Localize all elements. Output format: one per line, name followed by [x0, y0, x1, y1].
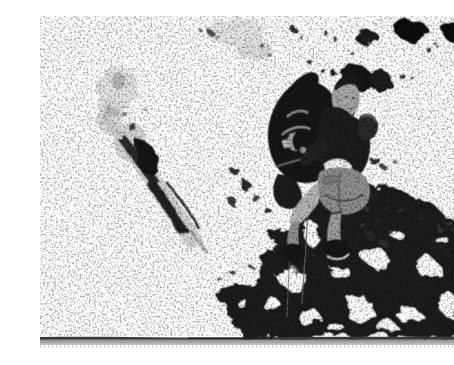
photograph: Black-and-white photograph of a mountain…: [40, 16, 454, 349]
photo-canvas: Black-and-white photograph of a mountain…: [40, 16, 454, 349]
film-grain: [40, 16, 454, 336]
